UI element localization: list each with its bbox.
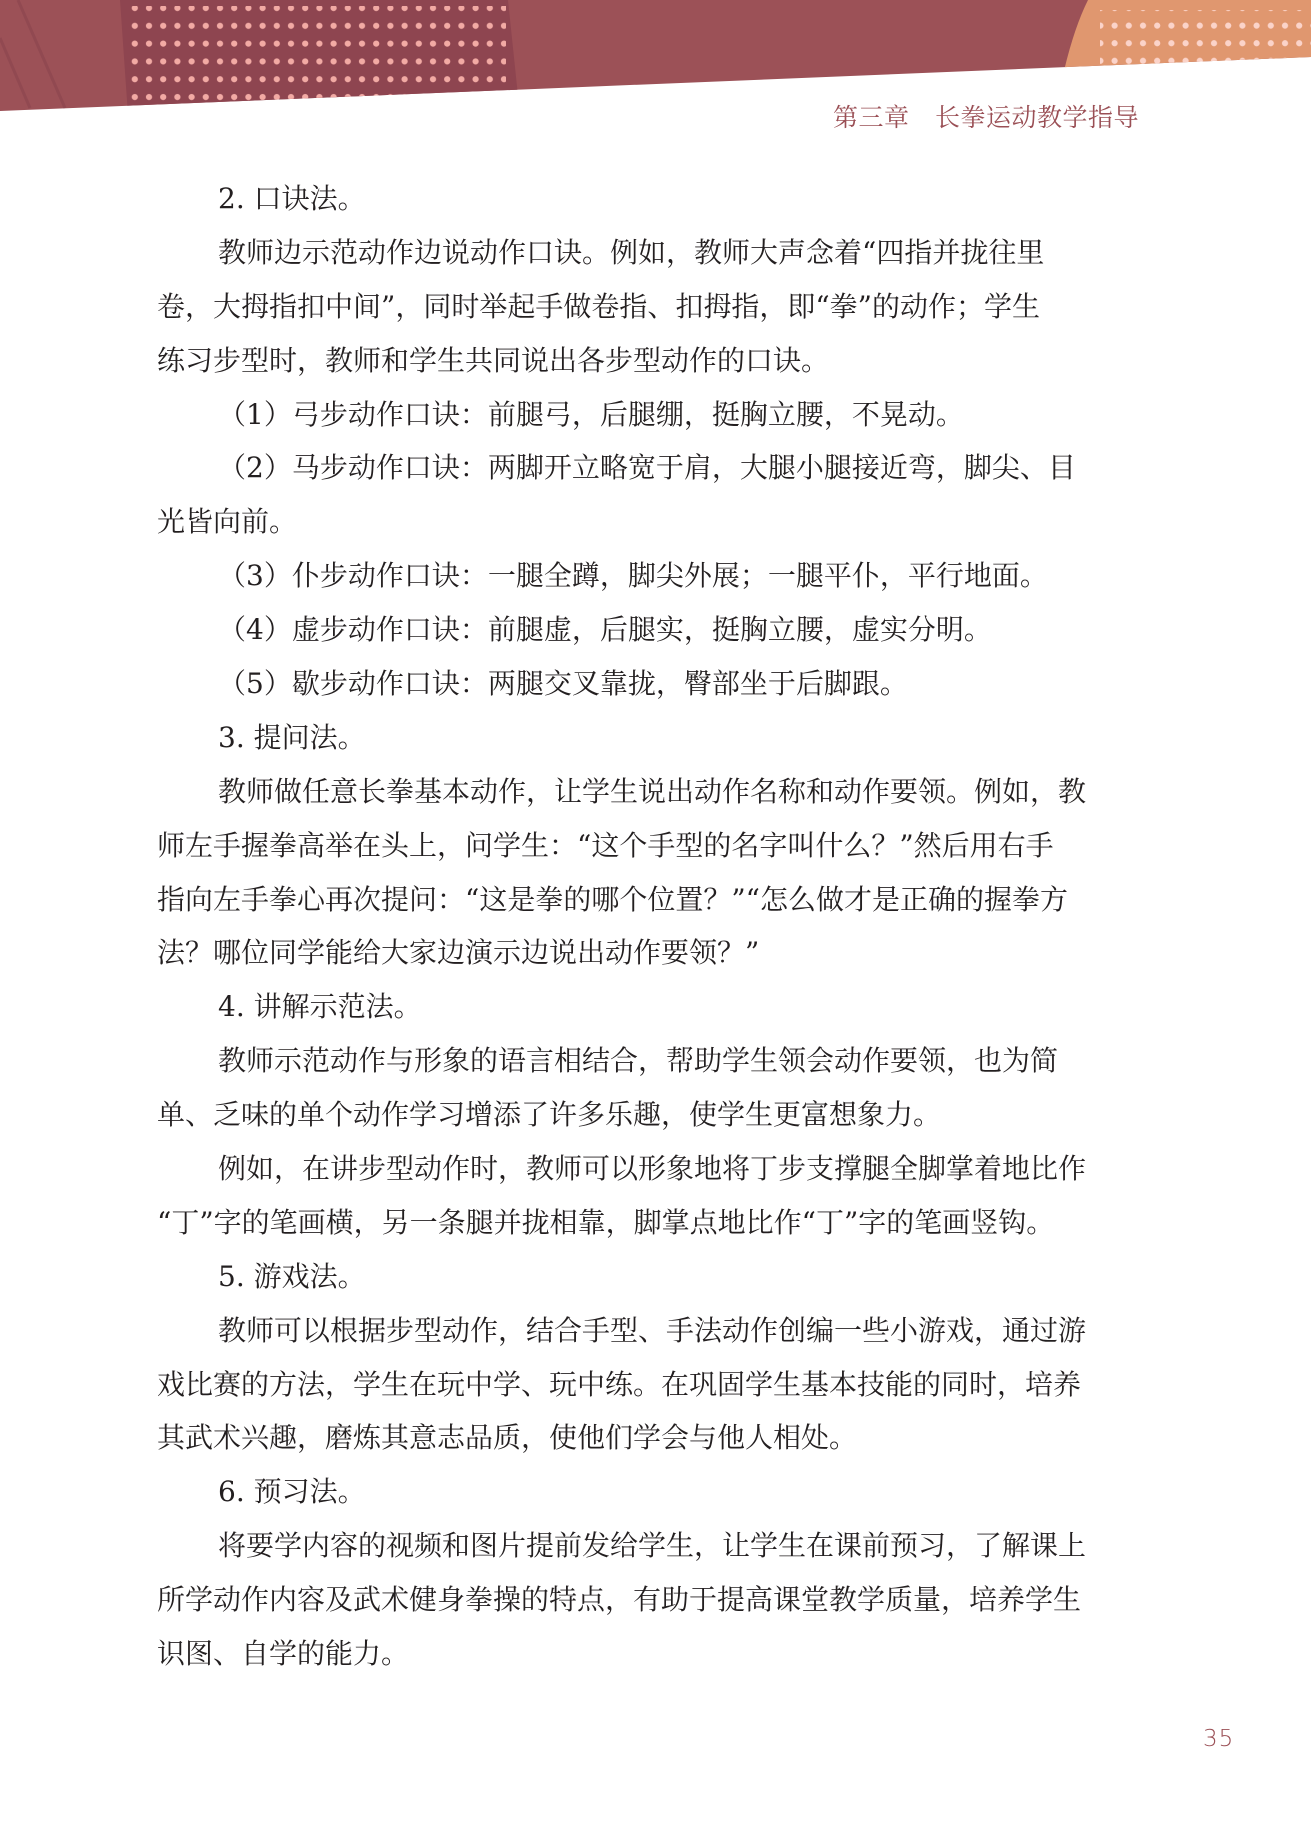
text-line: 教师做任意长拳基本动作，让学生说出动作名称和动作要领。例如，教 (157, 765, 1153, 819)
text-line: 将要学内容的视频和图片提前发给学生，让学生在课前预习，了解课上 (157, 1519, 1153, 1573)
text-line: “丁”字的笔画横，另一条腿并拢相靠，脚掌点地比作“丁”字的笔画竖钩。 (157, 1196, 1153, 1250)
text-line: 5. 游戏法。 (157, 1250, 1153, 1304)
text-line: （1）弓步动作口诀：前腿弓，后腿绷，挺胸立腰，不晃动。 (157, 388, 1153, 442)
text-line: （2）马步动作口诀：两脚开立略宽于肩，大腿小腿接近弯，脚尖、目 (157, 441, 1153, 495)
header-banner (0, 0, 1311, 115)
text-line: 2. 口诀法。 (157, 172, 1153, 226)
text-line: 卷，大拇指扣中间”，同时举起手做卷指、扣拇指，即“拳”的动作；学生 (157, 280, 1153, 334)
text-line: 单、乏味的单个动作学习增添了许多乐趣，使学生更富想象力。 (157, 1088, 1153, 1142)
text-line: 指向左手拳心再次提问：“这是拳的哪个位置？”“怎么做才是正确的握拳方 (157, 873, 1153, 927)
text-line: 3. 提问法。 (157, 711, 1153, 765)
text-line: 其武术兴趣，磨炼其意志品质，使他们学会与他人相处。 (157, 1411, 1153, 1465)
banner-graphic (0, 0, 1311, 115)
text-line: （5）歇步动作口诀：两腿交叉靠拢，臀部坐于后脚跟。 (157, 657, 1153, 711)
text-line: 6. 预习法。 (157, 1465, 1153, 1519)
text-line: 所学动作内容及武术健身拳操的特点，有助于提高课堂教学质量，培养学生 (157, 1573, 1153, 1627)
text-line: （4）虚步动作口诀：前腿虚，后腿实，挺胸立腰，虚实分明。 (157, 603, 1153, 657)
text-line: 教师边示范动作边说动作口诀。例如，教师大声念着“四指并拢往里 (157, 226, 1153, 280)
text-line: 戏比赛的方法，学生在玩中学、玩中练。在巩固学生基本技能的同时，培养 (157, 1358, 1153, 1412)
text-line: 教师可以根据步型动作，结合手型、手法动作创编一些小游戏，通过游 (157, 1304, 1153, 1358)
text-line: 识图、自学的能力。 (157, 1627, 1153, 1681)
text-line: 师左手握拳高举在头上，问学生：“这个手型的名字叫什么？”然后用右手 (157, 819, 1153, 873)
text-line: 教师示范动作与形象的语言相结合，帮助学生领会动作要领，也为简 (157, 1034, 1153, 1088)
body-text: 2. 口诀法。教师边示范动作边说动作口诀。例如，教师大声念着“四指并拢往里卷，大… (157, 172, 1153, 1681)
text-line: 例如，在讲步型动作时，教师可以形象地将丁步支撑腿全脚掌着地比作 (157, 1142, 1153, 1196)
page-number: 35 (1203, 1726, 1234, 1752)
text-line: 光皆向前。 (157, 495, 1153, 549)
text-line: 练习步型时，教师和学生共同说出各步型动作的口诀。 (157, 334, 1153, 388)
text-line: 4. 讲解示范法。 (157, 980, 1153, 1034)
text-line: 法？哪位同学能给大家边演示边说出动作要领？” (157, 926, 1153, 980)
text-line: （3）仆步动作口诀：一腿全蹲，脚尖外展；一腿平仆，平行地面。 (157, 549, 1153, 603)
chapter-title: 第三章 长拳运动教学指导 (833, 103, 1139, 133)
